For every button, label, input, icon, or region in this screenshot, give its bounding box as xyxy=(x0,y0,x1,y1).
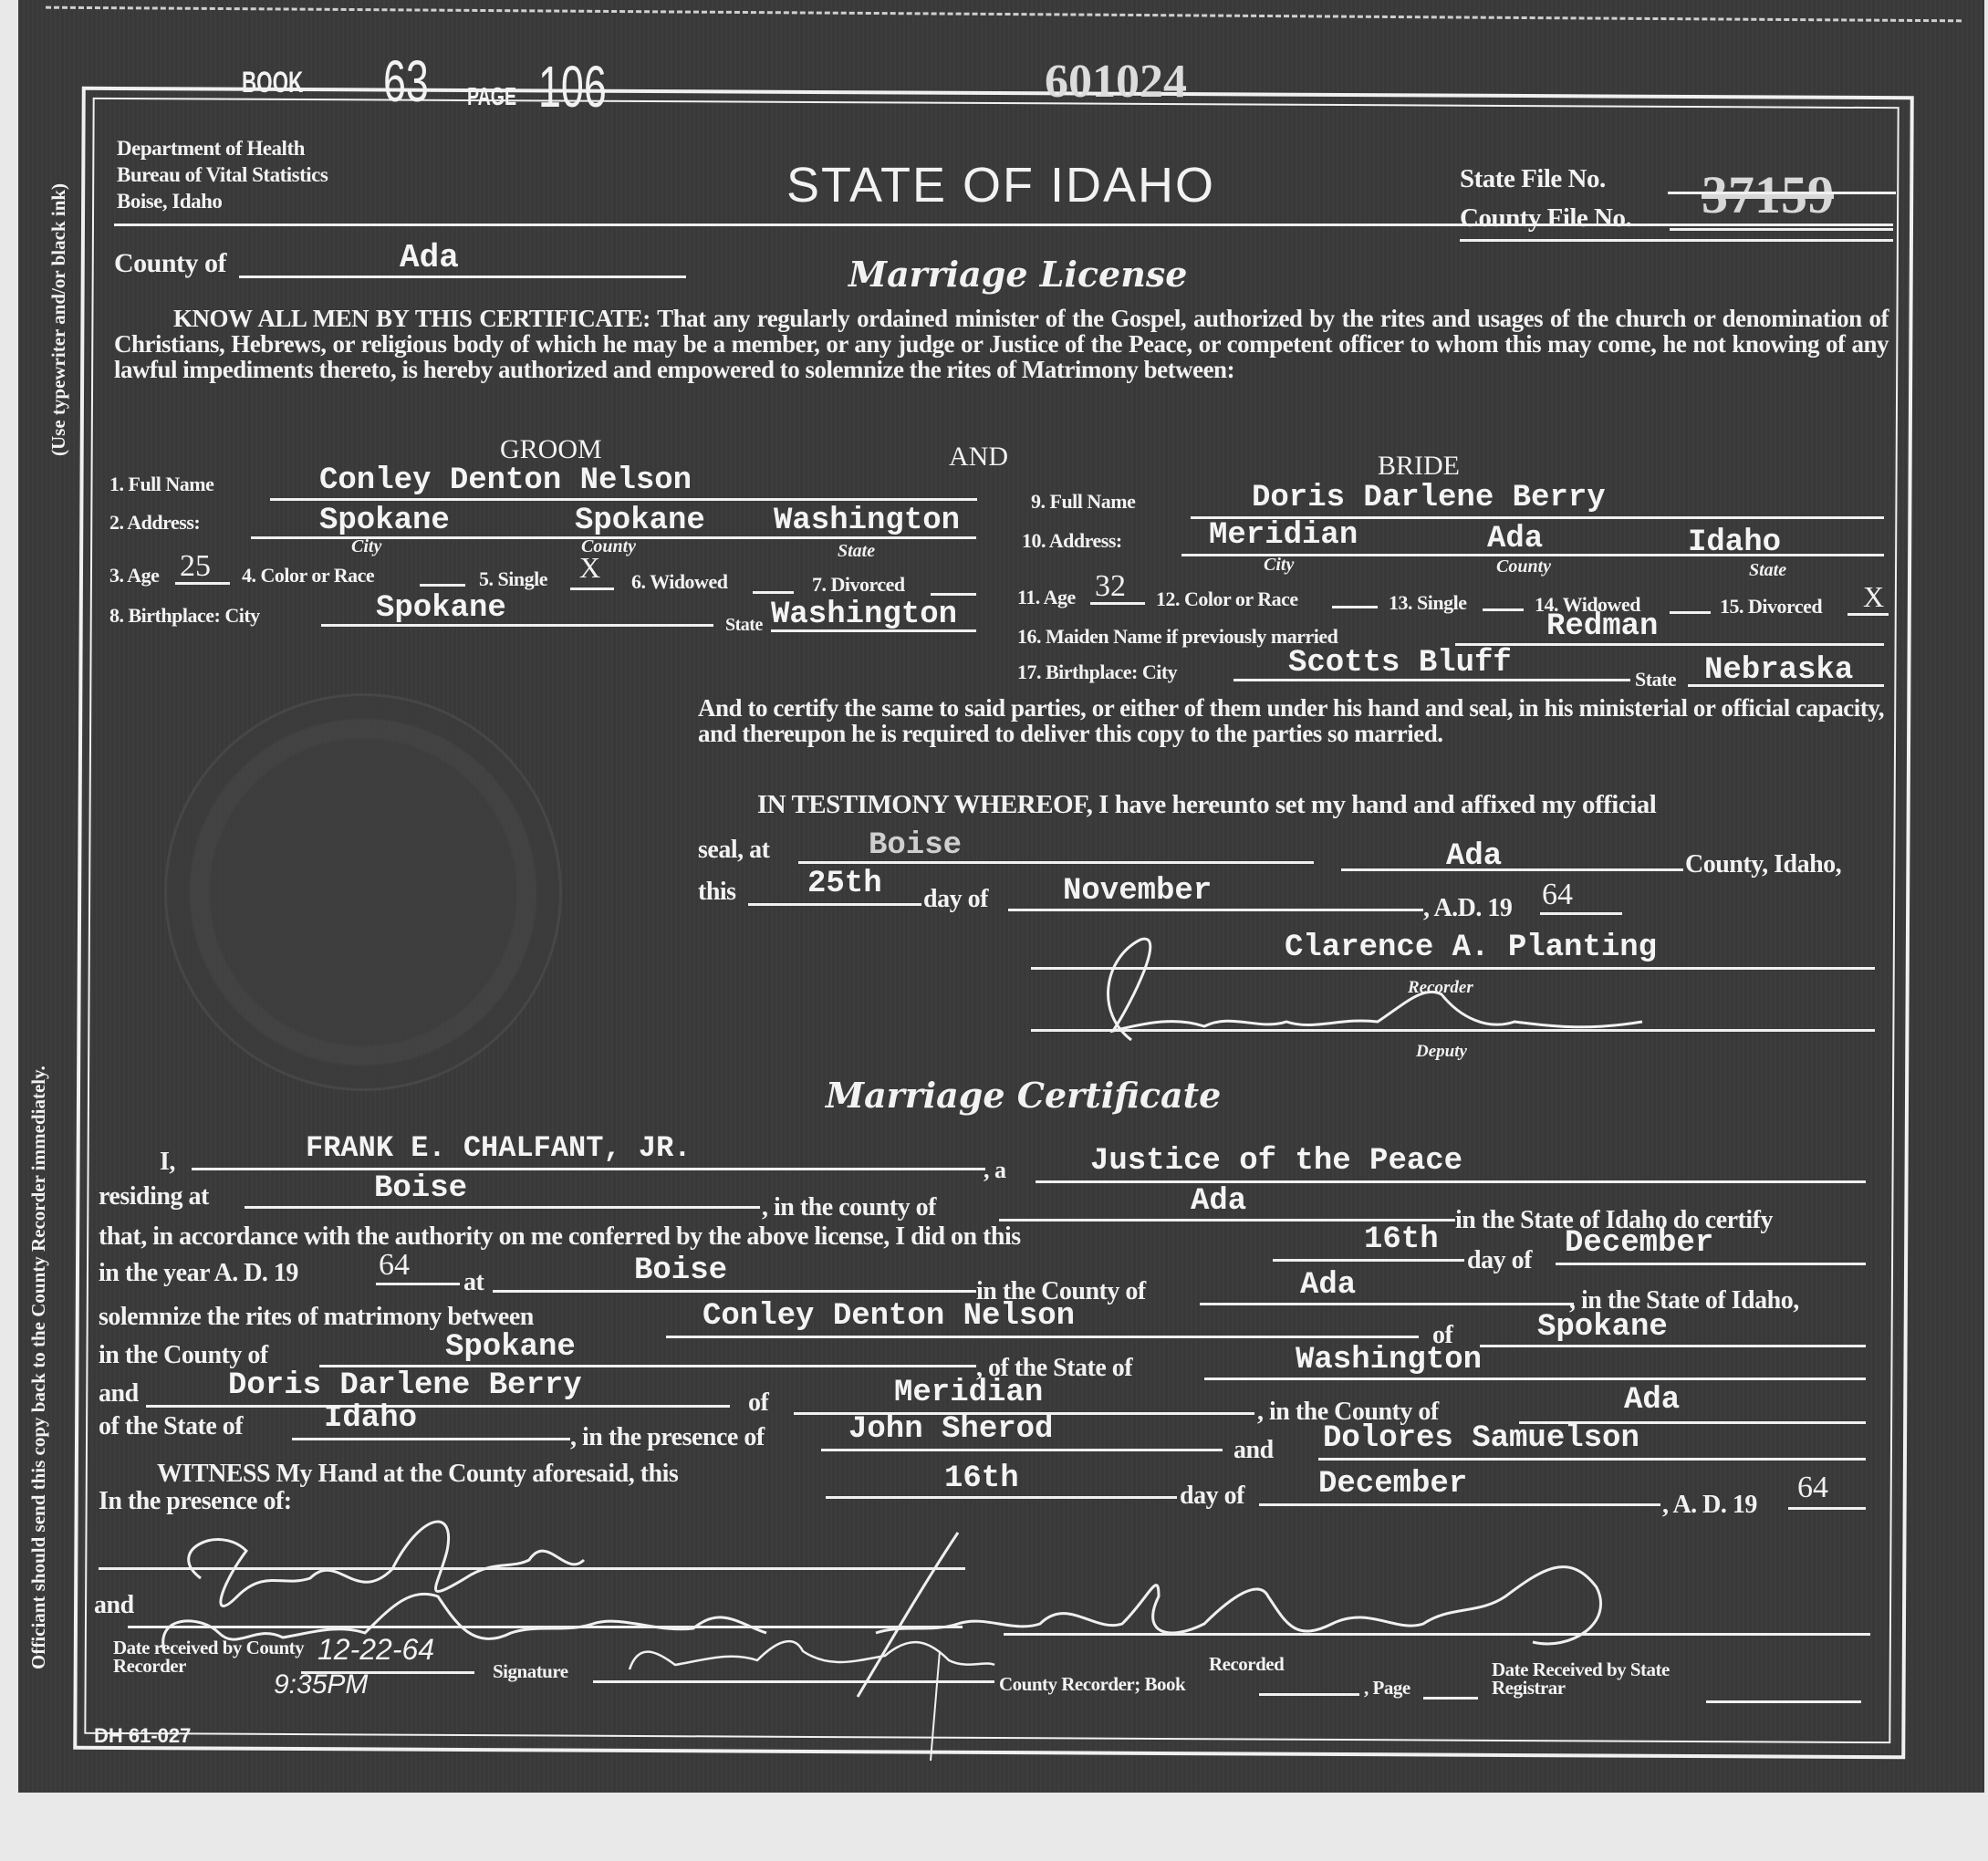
witness1-name: John Sherod xyxy=(848,1412,1053,1447)
bride-age-label: 11. Age xyxy=(1017,586,1076,609)
header-divider xyxy=(114,224,1893,226)
bride-birthplace-state-label: State xyxy=(1635,668,1676,691)
license-month: November xyxy=(1063,874,1212,909)
and-label: AND xyxy=(949,442,1008,473)
license-month-line xyxy=(1008,909,1423,911)
officiant-instruction-note: Officiant should send this copy back to … xyxy=(27,1066,50,1669)
groom-race-label: 4. Color or Race xyxy=(242,564,374,587)
license-ad-label: , A.D. 19 xyxy=(1423,894,1512,923)
witness-day: 16th xyxy=(944,1461,1019,1496)
ceremony-day-line xyxy=(1273,1259,1464,1262)
book-number: 63 xyxy=(383,47,429,115)
bride-address-city: Meridian xyxy=(1209,518,1358,553)
county-file-label: County File No. xyxy=(1460,203,1631,234)
at-label: at xyxy=(463,1268,484,1297)
groom-divorced-label: 7. Divorced xyxy=(812,573,905,597)
book-line xyxy=(1259,1693,1359,1696)
certificate-bride-state-line xyxy=(292,1438,570,1440)
ceremony-day-of-label: day of xyxy=(1467,1246,1532,1275)
officiant-title: Justice of the Peace xyxy=(1090,1144,1462,1179)
recorder-signature xyxy=(620,1624,1004,1688)
groom-address-label: 2. Address: xyxy=(109,511,200,535)
page-title: STATE OF IDAHO xyxy=(786,157,1215,213)
witness-and-label: and xyxy=(1233,1436,1274,1465)
date-received-value: 12-22-64 xyxy=(317,1633,434,1667)
license-day: 25th xyxy=(807,867,882,901)
bride-address-label: 10. Address: xyxy=(1022,529,1122,553)
presence-label: , in the presence of xyxy=(570,1423,765,1452)
certificate-bride-county: Ada xyxy=(1624,1383,1680,1418)
bride-of-label: of xyxy=(748,1388,768,1418)
residing-county-line xyxy=(999,1219,1455,1222)
ceremony-day: 16th xyxy=(1364,1222,1439,1257)
certificate-bride-name: Doris Darlene Berry xyxy=(228,1368,582,1403)
recorded-page-line xyxy=(1423,1697,1478,1700)
county-value: Ada xyxy=(400,239,459,276)
certificate-groom-city: Spokane xyxy=(1537,1310,1668,1345)
officiant-title-line xyxy=(1036,1180,1866,1183)
groom-single-value: X xyxy=(579,551,600,585)
ceremony-month: December xyxy=(1565,1226,1713,1261)
certificate-groom-state: Washington xyxy=(1296,1343,1482,1378)
testimony-text: IN TESTIMONY WHEREOF, I have hereunto se… xyxy=(757,790,1656,820)
certificate-groom-city-line xyxy=(1480,1345,1866,1347)
bride-race-label: 12. Color or Race xyxy=(1156,587,1298,611)
ceremony-year-line xyxy=(376,1283,460,1285)
residing-county: Ada xyxy=(1191,1184,1246,1219)
state-file-line xyxy=(1668,192,1896,194)
deputy-signature xyxy=(1077,930,1715,1067)
groom-age-label: 3. Age xyxy=(109,564,159,587)
document-number: 601024 xyxy=(1045,55,1187,109)
witness-text: WITNESS My Hand at the County aforesaid,… xyxy=(157,1460,678,1489)
license-day-line xyxy=(748,903,921,906)
bride-age: 32 xyxy=(1095,569,1126,604)
bride-birthplace-label: 17. Birthplace: City xyxy=(1017,660,1177,684)
bride-maiden-name: Redman xyxy=(1546,609,1658,644)
seal-at-value: Boise xyxy=(869,828,962,863)
seal-county-line xyxy=(1341,868,1683,871)
county-file-line xyxy=(1670,228,1893,231)
officiant-line xyxy=(192,1168,985,1170)
residing-line xyxy=(245,1206,760,1209)
groom-divorced-line xyxy=(931,593,976,596)
header-divider-right xyxy=(1460,239,1893,242)
certificate-bride-line xyxy=(146,1405,730,1408)
bride-city-caption: City xyxy=(1264,555,1294,576)
bride-and-label: and xyxy=(99,1379,139,1409)
county-recorder-book-label: County Recorder; Book xyxy=(999,1673,1185,1696)
groom-name-label: 1. Full Name xyxy=(109,473,213,496)
bride-maiden-line xyxy=(1455,643,1884,646)
witness2-name: Dolores Samuelson xyxy=(1323,1421,1639,1456)
groom-birthplace-city-line xyxy=(321,624,713,627)
bride-widowed-line xyxy=(1670,611,1711,614)
signature-label: Signature xyxy=(493,1660,568,1683)
county-seal-emboss xyxy=(164,693,562,1091)
witness2-line xyxy=(1318,1458,1866,1461)
department-line: Department of Health xyxy=(117,135,328,161)
certificate-bride-state: Idaho xyxy=(324,1401,417,1436)
groom-single-label: 5. Single xyxy=(479,567,547,591)
bride-divorced-label: 15. Divorced xyxy=(1720,595,1822,619)
certificate-bride-city: Meridian xyxy=(894,1376,1043,1410)
recorded-page-label: , Page xyxy=(1364,1677,1410,1700)
groom-name: Conley Denton Nelson xyxy=(319,463,692,498)
ceremony-month-line xyxy=(1556,1263,1866,1265)
certificate-groom-county: Spokane xyxy=(445,1330,576,1365)
seal-at-line xyxy=(798,861,1314,864)
county-line xyxy=(239,276,686,278)
state-file-number: 37159 xyxy=(1702,164,1834,225)
certify-paragraph: And to certify the same to said parties,… xyxy=(698,695,1884,746)
bride-single-line xyxy=(1483,608,1524,611)
groom-address-state: Washington xyxy=(774,504,960,538)
bride-name: Doris Darlene Berry xyxy=(1252,481,1606,515)
bride-divorced-value: X xyxy=(1863,580,1884,614)
officiant-name: FRANK E. CHALFANT, JR. xyxy=(306,1131,691,1165)
bride-race-line xyxy=(1332,606,1378,608)
county-idaho-label: County, Idaho, xyxy=(1685,850,1841,879)
groom-state-caption: State xyxy=(838,541,875,562)
groom-age-line xyxy=(175,582,230,585)
residing-label: residing at xyxy=(99,1182,209,1211)
bride-county-caption: County xyxy=(1496,556,1551,577)
bride-birthplace-city: Scotts Bluff xyxy=(1288,646,1512,681)
certificate-groom-county-line xyxy=(319,1365,976,1367)
certificate-groom-name: Conley Denton Nelson xyxy=(703,1299,1075,1334)
groom-single-line xyxy=(570,587,614,590)
this-label: this xyxy=(698,878,736,907)
ceremony-place-line xyxy=(493,1290,976,1293)
ceremony-county-line xyxy=(1200,1303,1574,1305)
bride-divorced-line xyxy=(1847,613,1889,616)
department-line: Bureau of Vital Statistics xyxy=(117,161,328,188)
bride-birthplace-state-line xyxy=(1688,684,1884,687)
bride-single-label: 13. Single xyxy=(1389,591,1466,615)
bride-birthplace-city-line xyxy=(1233,679,1630,681)
bride-name-label: 9. Full Name xyxy=(1031,490,1135,514)
state-file-label: State File No. xyxy=(1460,164,1606,194)
intro-lead: KNOW ALL MEN BY THIS CERTIFICATE: xyxy=(173,305,651,332)
intro-paragraph: KNOW ALL MEN BY THIS CERTIFICATE: That a… xyxy=(114,306,1889,382)
time-received-value: 9:35PM xyxy=(274,1669,368,1700)
certificate-heading: Marriage Certificate xyxy=(826,1075,1221,1116)
bride-state-caption: State xyxy=(1749,560,1786,581)
groom-heading: GROOM xyxy=(500,434,602,465)
certificate-groom-state-line xyxy=(1204,1378,1866,1380)
groom-widowed-label: 6. Widowed xyxy=(631,570,727,594)
ceremony-county: Ada xyxy=(1300,1268,1356,1303)
groom-county-label: in the County of xyxy=(99,1341,268,1370)
state-registrar-line xyxy=(1706,1700,1861,1703)
county-label: County of xyxy=(114,248,226,279)
department-block: Department of Health Bureau of Vital Sta… xyxy=(117,135,328,214)
recorded-label: Recorded xyxy=(1209,1653,1284,1676)
license-year: 64 xyxy=(1542,878,1573,912)
groom-birthplace-label: 8. Birthplace: City xyxy=(109,604,260,628)
bride-heading: BRIDE xyxy=(1378,451,1460,482)
form-number: DH 61-027 xyxy=(94,1724,191,1748)
solemnize-label: solemnize the rites of matrimony between xyxy=(99,1303,534,1332)
groom-birthplace-state: Washington xyxy=(771,598,957,632)
and-signature-label: and xyxy=(94,1591,134,1620)
groom-widowed-line xyxy=(753,591,794,594)
book-label: BOOK xyxy=(242,66,303,99)
bride-birthplace-state: Nebraska xyxy=(1704,653,1853,688)
groom-birthplace-city: Spokane xyxy=(376,591,506,626)
date-received-state-label: Date Received by State Registrar xyxy=(1492,1660,1711,1697)
county-of-label: , in the county of xyxy=(762,1193,936,1222)
ceremony-year: 64 xyxy=(379,1248,410,1283)
groom-race-line xyxy=(420,584,465,587)
witness1-line xyxy=(821,1449,1223,1451)
license-year-line xyxy=(1540,912,1622,915)
license-heading: Marriage License xyxy=(848,254,1187,295)
groom-city-caption: City xyxy=(351,536,381,557)
bride-age-line xyxy=(1090,602,1145,605)
license-day-of-label: day of xyxy=(923,885,988,914)
groom-address-city: Spokane xyxy=(319,504,450,538)
groom-age: 25 xyxy=(180,549,211,584)
ink-instruction-note: (Use typewriter and/or black ink) xyxy=(47,183,70,456)
groom-address-county: Spokane xyxy=(575,504,705,538)
i-label: I, xyxy=(160,1148,175,1177)
handwritten-signatures xyxy=(146,1496,1879,1733)
residing-value: Boise xyxy=(374,1171,467,1206)
john-sherod-signature xyxy=(189,1522,584,1606)
a-label: , a xyxy=(984,1157,1006,1184)
signature-line xyxy=(593,1680,994,1683)
department-line: Boise, Idaho xyxy=(117,188,328,214)
groom-birthplace-state-line xyxy=(771,629,976,632)
page-number: 106 xyxy=(538,53,607,120)
page-label: PAGE xyxy=(467,82,516,111)
authority-text: that, in accordance with the authority o… xyxy=(99,1222,1021,1252)
bride-state-label: of the State of xyxy=(99,1412,243,1441)
year-label: in the year A. D. 19 xyxy=(99,1259,298,1288)
bride-address-county: Ada xyxy=(1487,522,1543,556)
certificate-groom-line xyxy=(666,1336,1419,1338)
groom-name-line xyxy=(270,498,977,501)
groom-birthplace-state-label: State xyxy=(725,615,763,636)
seal-at-label: seal, at xyxy=(698,836,769,865)
ceremony-place: Boise xyxy=(634,1253,727,1288)
